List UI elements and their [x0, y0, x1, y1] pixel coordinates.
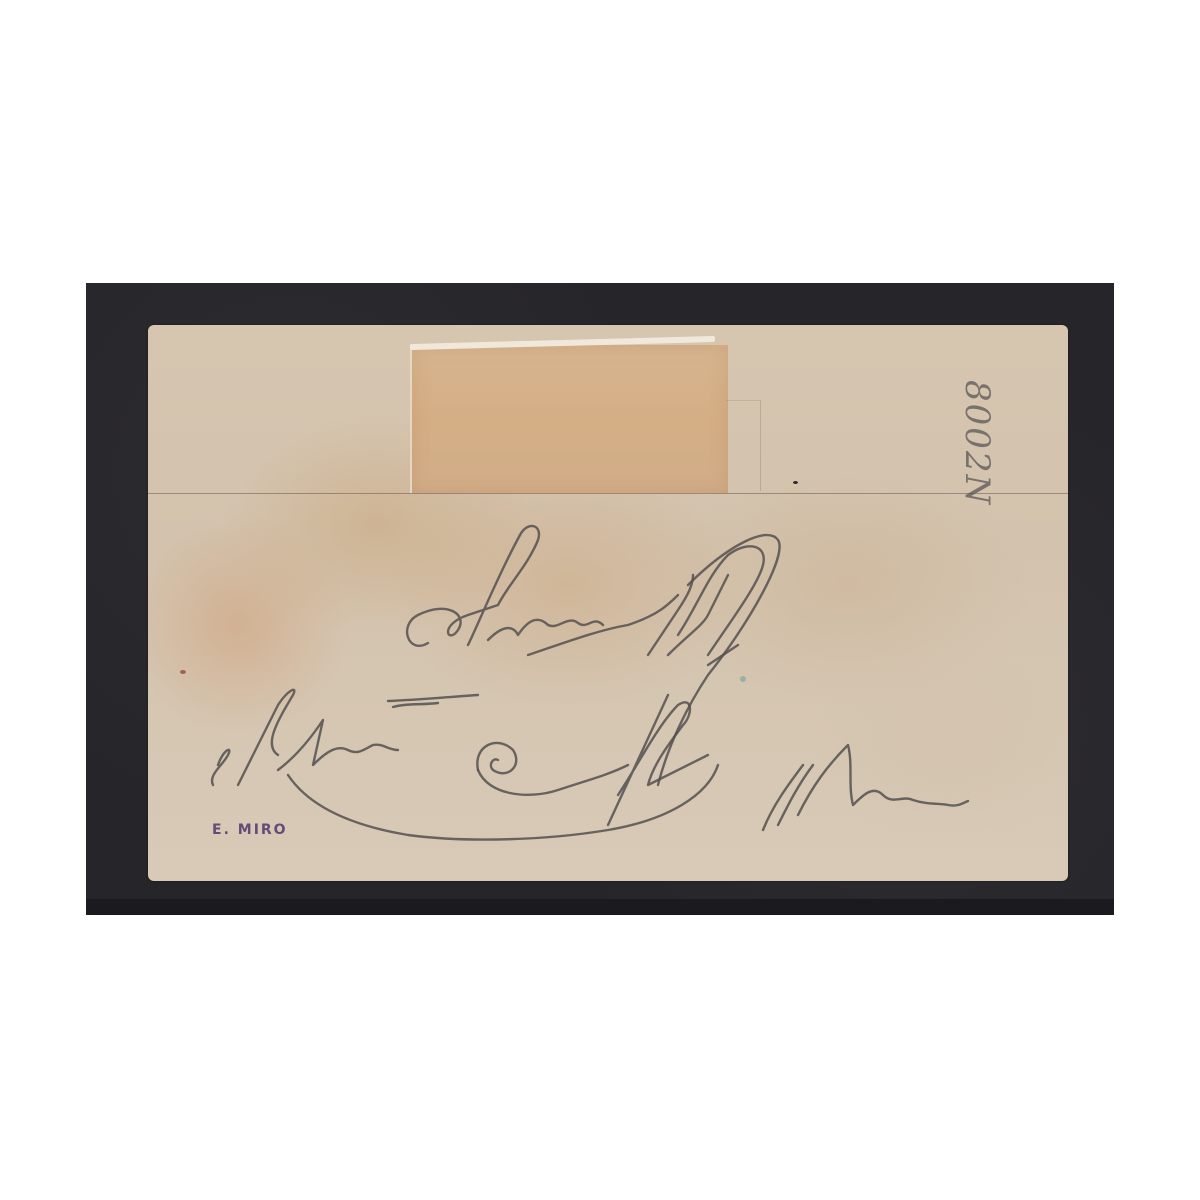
ink-speck: [793, 481, 798, 484]
signature-lower-right: [763, 745, 968, 830]
signature-lower-left: [212, 690, 398, 785]
pencil-signatures: [148, 325, 1068, 881]
pencil-catalog-number: 8002N: [957, 380, 997, 506]
teal-speck: [740, 676, 746, 682]
expertizer-handstamp: E. MIRO: [212, 822, 288, 838]
signature-connector: [388, 695, 478, 707]
signature-lower-center-flourish: [288, 535, 780, 840]
mount-shadow: [86, 899, 1114, 915]
signature-upper-center: [407, 526, 764, 665]
red-speck: [180, 670, 186, 674]
